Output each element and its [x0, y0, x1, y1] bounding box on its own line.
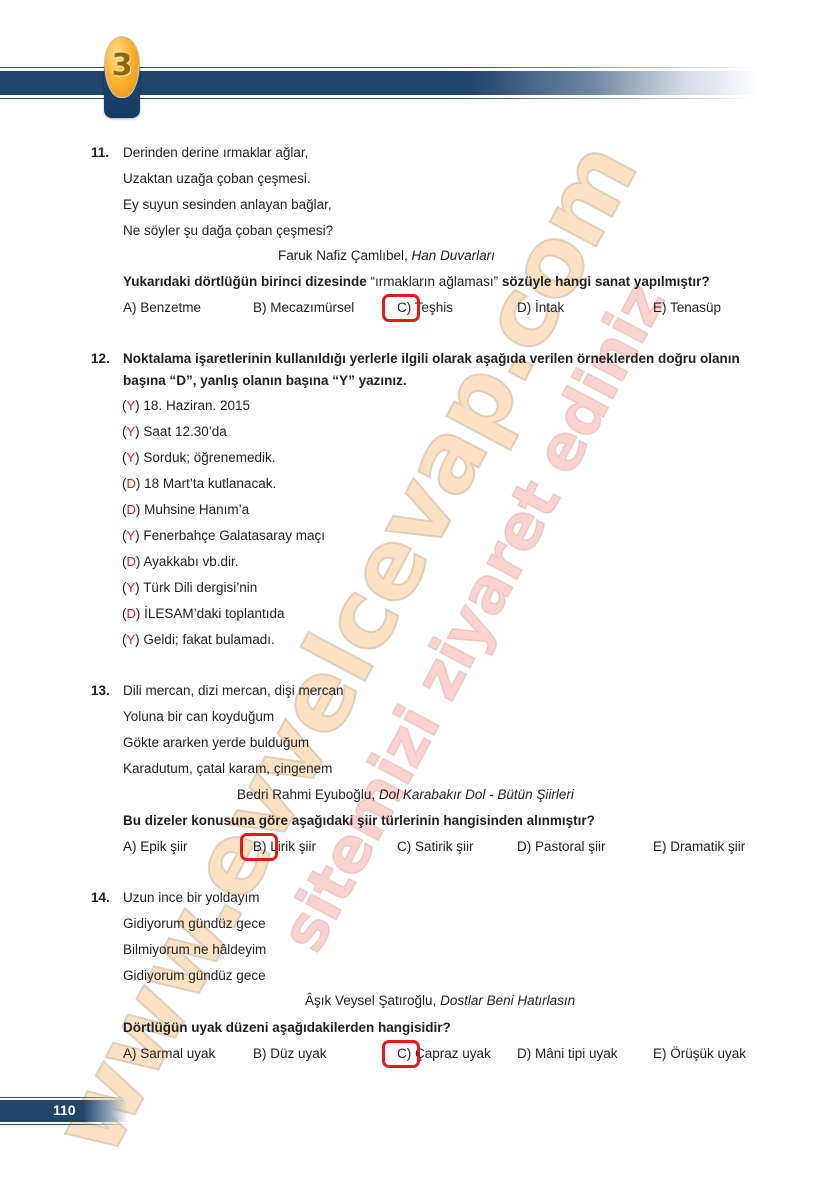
option-a[interactable]: A) Benzetme [123, 300, 201, 315]
poem-line: Gökte ararken yerde bulduğum [123, 735, 309, 750]
option-a[interactable]: A) Epik şiir [123, 839, 188, 854]
dy-item-text: 18 Mart’ta kutlanacak. [144, 476, 276, 491]
dy-item-text: Fenerbahçe Galatasaray maçı [143, 528, 325, 543]
dy-item-text: Ayakkabı vb.dir. [143, 554, 238, 569]
stem-text: sözüyle hangi sanat yapılmıştır? [498, 274, 710, 289]
poem-line: Gidiyorum gündüz gece [123, 968, 266, 983]
poem-source: Faruk Nafiz Çamlıbel, Han Duvarları [278, 248, 495, 263]
poem-line: Karadutum, çatal karam, çingenem [123, 761, 332, 776]
chapter-badge: 3 [104, 36, 140, 118]
source-work: Han Duvarları [412, 248, 495, 263]
poem-line: Gidiyorum gündüz gece [123, 916, 266, 931]
poem-line: Yoluna bir can koyduğum [123, 709, 274, 724]
dy-item: (D) Muhsine Hanım’a [122, 502, 249, 517]
answer-mark-circle [382, 1040, 420, 1068]
dy-item: (Y) Fenerbahçe Galatasaray maçı [122, 528, 325, 543]
poem-line: Uzaktan uzağa çoban çeşmesi. [123, 171, 311, 186]
question-number: 13. [91, 683, 110, 698]
question-number: 12. [91, 351, 110, 366]
dy-answer[interactable]: Y [127, 528, 136, 543]
footer-top-rule [0, 1097, 128, 1098]
poem-line: Uzun ince bir yoldayım [123, 890, 260, 905]
option-a[interactable]: A) Sarmal uyak [123, 1046, 215, 1061]
poem-source: Âşık Veysel Şatıroğlu, Dostlar Beni Hatı… [305, 993, 575, 1008]
question-stem: Yukarıdaki dörtlüğün birinci dizesinde “… [123, 274, 710, 289]
answer-mark-circle [382, 294, 420, 322]
source-author: Faruk Nafiz Çamlıbel, [278, 248, 412, 263]
poem-line: Derinden derine ırmaklar ağlar, [123, 145, 308, 160]
question-number: 11. [91, 145, 109, 160]
poem-line: Ey suyun sesinden anlayan bağlar, [123, 197, 332, 212]
dy-answer[interactable]: Y [127, 424, 136, 439]
dy-item: (Y) 18. Haziran. 2015 [122, 398, 250, 413]
question-stem: Bu dizeler konusuna göre aşağıdaki şiir … [123, 813, 595, 828]
source-work: Dol Karabakır Dol - Bütün Şiirleri [379, 787, 574, 802]
dy-item: (D) 18 Mart’ta kutlanacak. [122, 476, 276, 491]
option-d[interactable]: D) Mâni tipi uyak [517, 1046, 618, 1061]
dy-item: (Y) Geldi; fakat bulamadı. [122, 632, 275, 647]
dy-item: (Y) Türk Dili dergisi’nin [122, 580, 257, 595]
dy-item-text: Sorduk; öğrenemedik. [143, 450, 275, 465]
question-stem: Dörtlüğün uyak düzeni aşağıdakilerden ha… [123, 1020, 451, 1035]
poem-line: Bilmiyorum ne hâldeyim [123, 942, 266, 957]
dy-answer[interactable]: Y [127, 398, 136, 413]
option-e[interactable]: E) Tenasüp [653, 300, 721, 315]
page-number: 110 [53, 1102, 76, 1118]
poem-line: Ne söyler şu dağa çoban çeşmesi? [123, 223, 333, 238]
option-d[interactable]: D) Pastoral şiir [517, 839, 606, 854]
option-c[interactable]: C) Satirik şiir [397, 839, 474, 854]
chapter-number: 3 [104, 48, 140, 83]
source-author: Bedri Rahmi Eyuboğlu, [237, 787, 379, 802]
question-stem-line-2: başına “D”, yanlış olanın başına “Y” yaz… [123, 373, 407, 388]
question-stem-line-1: Noktalama işaretlerinin kullanıldığı yer… [123, 351, 740, 366]
dy-answer[interactable]: D [127, 554, 136, 569]
dy-item: (D) Ayakkabı vb.dir. [122, 554, 238, 569]
dy-item-text: İLESAM’daki toplantıda [144, 606, 284, 621]
footer-bottom-rule [0, 1124, 128, 1125]
source-work: Dostlar Beni Hatırlasın [440, 993, 575, 1008]
dy-answer[interactable]: Y [127, 450, 136, 465]
dy-item-text: Geldi; fakat bulamadı. [143, 632, 274, 647]
dy-answer[interactable]: D [127, 606, 136, 621]
option-b[interactable]: B) Düz uyak [253, 1046, 327, 1061]
dy-item: (D) İLESAM’daki toplantıda [122, 606, 284, 621]
dy-answer[interactable]: D [127, 476, 136, 491]
dy-item-text: Muhsine Hanım’a [144, 502, 249, 517]
option-e[interactable]: E) Dramatik şiir [653, 839, 745, 854]
source-author: Âşık Veysel Şatıroğlu, [305, 993, 440, 1008]
answer-mark-circle [240, 833, 278, 861]
dy-answer[interactable]: Y [127, 632, 136, 647]
dy-item: (Y) Saat 12.30’da [122, 424, 227, 439]
dy-answer[interactable]: D [127, 502, 136, 517]
poem-line: Dili mercan, dizi mercan, dişi mercan [123, 683, 344, 698]
stem-quote: “ırmakların ağlaması” [371, 274, 499, 289]
dy-answer[interactable]: Y [127, 580, 136, 595]
option-b[interactable]: B) Mecazımürsel [253, 300, 354, 315]
poem-source: Bedri Rahmi Eyuboğlu, Dol Karabakır Dol … [237, 787, 574, 802]
option-d[interactable]: D) İntak [517, 300, 564, 315]
dy-item-text: 18. Haziran. 2015 [143, 398, 250, 413]
dy-item-text: Saat 12.30’da [143, 424, 226, 439]
option-e[interactable]: E) Örüşük uyak [653, 1046, 746, 1061]
stem-text: Yukarıdaki dörtlüğün birinci dizesinde [123, 274, 371, 289]
dy-item-text: Türk Dili dergisi’nin [143, 580, 257, 595]
question-number: 14. [91, 890, 110, 905]
dy-item: (Y) Sorduk; öğrenemedik. [122, 450, 276, 465]
